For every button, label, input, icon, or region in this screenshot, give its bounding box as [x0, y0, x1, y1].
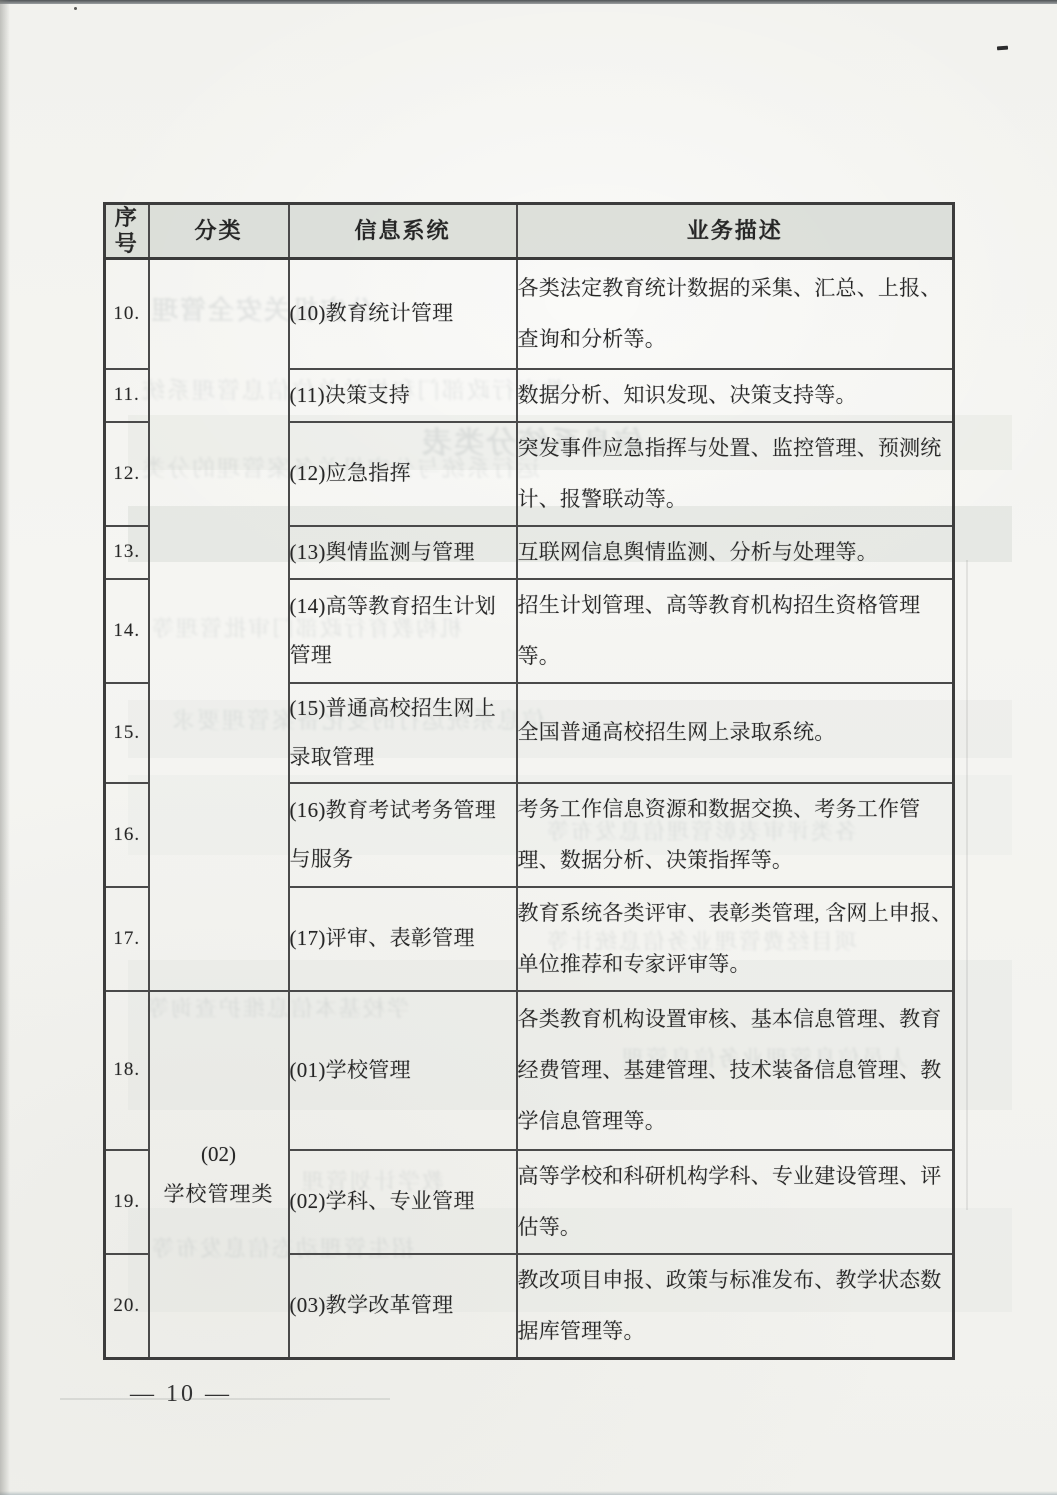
description-cell: 突发事件应急指挥与处置、监控管理、预测统 计、报警联动等。 — [517, 422, 954, 526]
description-cell: 互联网信息舆情监测、分析与处理等。 — [517, 526, 954, 579]
system-cell: (03)教学改革管理 — [289, 1254, 517, 1359]
page-number: — 10 — — [130, 1381, 232, 1408]
system-cell: (12)应急指挥 — [289, 422, 517, 526]
row-number-cell: 19. — [105, 1150, 149, 1254]
system-cell: (17)评审、表彰管理 — [289, 887, 517, 991]
ink-speck — [74, 7, 77, 10]
system-cell: (16)教育考试考务管理 与服务 — [289, 783, 517, 887]
description-cell: 各类教育机构设置审核、基本信息管理、教育 经费管理、基建管理、技术装备信息管理、… — [517, 991, 954, 1150]
header-cell-category: 分类 — [149, 204, 289, 259]
row-number-cell: 17. — [105, 887, 149, 991]
row-number-cell: 10. — [105, 259, 149, 369]
system-cell: (15)普通高校招生网上 录取管理 — [289, 683, 517, 783]
row-number-cell: 12. — [105, 422, 149, 526]
description-cell: 高等学校和科研机构学科、专业建设管理、评 估等。 — [517, 1150, 954, 1254]
system-cell: (02)学科、专业管理 — [289, 1150, 517, 1254]
system-cell: (13)舆情监测与管理 — [289, 526, 517, 579]
category-name: 学校管理类 — [150, 1174, 288, 1214]
description-cell: 数据分析、知识发现、决策支持等。 — [517, 369, 954, 422]
row-number-cell: 14. — [105, 579, 149, 683]
header-cell-system: 信息系统 — [289, 204, 517, 259]
category-cell-group1 — [149, 259, 289, 991]
header-cell-description: 业务描述 — [517, 204, 954, 259]
row-number-cell: 11. — [105, 369, 149, 422]
scanned-document-page: 公安机关安全管理 教育行政部门和相关单位信息管理系统 信息系统分类表 运行系统与… — [0, 0, 1057, 1495]
table-row: 10. (10)教育统计管理 各类法定教育统计数据的采集、汇总、上报、 查询和分… — [105, 259, 954, 369]
table-row: 18. (02) 学校管理类 (01)学校管理 各类教育机构设置审核、基本信息管… — [105, 991, 954, 1150]
system-cell: (14)高等教育招生计划 管理 — [289, 579, 517, 683]
system-cell: (01)学校管理 — [289, 991, 517, 1150]
row-number-cell: 20. — [105, 1254, 149, 1359]
scan-edge-bottom — [0, 1491, 1057, 1495]
system-cell: (11)决策支持 — [289, 369, 517, 422]
row-number-cell: 18. — [105, 991, 149, 1150]
description-cell: 各类法定教育统计数据的采集、汇总、上报、 查询和分析等。 — [517, 259, 954, 369]
category-code: (02) — [150, 1134, 288, 1174]
category-cell-school-management: (02) 学校管理类 — [149, 991, 289, 1359]
row-number-cell: 15. — [105, 683, 149, 783]
description-cell: 全国普通高校招生网上录取系统。 — [517, 683, 954, 783]
description-cell: 考务工作信息资源和数据交换、考务工作管 理、数据分析、决策指挥等。 — [517, 783, 954, 887]
scan-crease — [966, 560, 968, 1210]
ink-speck — [997, 46, 1008, 51]
header-cell-no: 序 号 — [105, 204, 149, 259]
description-cell: 教改项目申报、政策与标准发布、教学状态数 据库管理等。 — [517, 1254, 954, 1359]
row-number-cell: 16. — [105, 783, 149, 887]
system-cell: (10)教育统计管理 — [289, 259, 517, 369]
info-system-classification-table: 序 号 分类 信息系统 业务描述 10. (10)教育统计管理 各类法定教育统计… — [103, 202, 955, 1360]
description-cell: 招生计划管理、高等教育机构招生资格管理 等。 — [517, 579, 954, 683]
scan-edge-left — [0, 0, 10, 1495]
scan-edge-top — [0, 0, 1057, 4]
table-header-row: 序 号 分类 信息系统 业务描述 — [105, 204, 954, 259]
description-cell: 教育系统各类评审、表彰类管理, 含网上申报、 单位推荐和专家评审等。 — [517, 887, 954, 991]
row-number-cell: 13. — [105, 526, 149, 579]
